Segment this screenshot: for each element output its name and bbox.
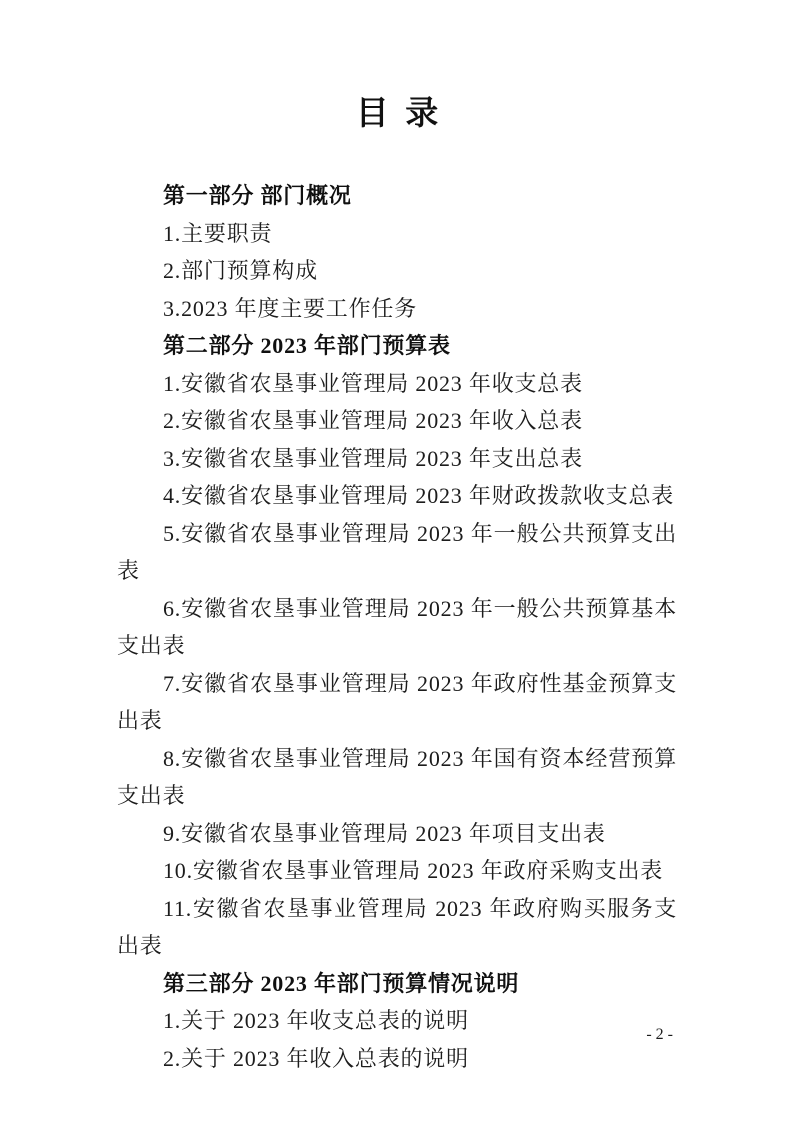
toc-entry: 4.安徽省农垦事业管理局 2023 年财政拨款收支总表 <box>117 477 677 515</box>
toc-entry: 3.2023 年度主要工作任务 <box>117 290 677 328</box>
toc-section-heading: 第二部分 2023 年部门预算表 <box>117 327 677 365</box>
toc-entry: 3.安徽省农垦事业管理局 2023 年支出总表 <box>117 440 677 478</box>
toc-entry: 1.关于 2023 年收支总表的说明 <box>117 1002 677 1040</box>
toc-entry: 11.安徽省农垦事业管理局 2023 年政府购买服务支出表 <box>117 890 677 965</box>
toc-entry: 6.安徽省农垦事业管理局 2023 年一般公共预算基本支出表 <box>117 590 677 665</box>
toc-entry: 5.安徽省农垦事业管理局 2023 年一般公共预算支出表 <box>117 515 677 590</box>
toc-entry: 8.安徽省农垦事业管理局 2023 年国有资本经营预算支出表 <box>117 740 677 815</box>
document-page: 目 录 第一部分 部门概况 1.主要职责 2.部门预算构成 3.2023 年度主… <box>0 0 794 1123</box>
page-number: - 2 - <box>646 1026 673 1044</box>
toc-content: 目 录 第一部分 部门概况 1.主要职责 2.部门预算构成 3.2023 年度主… <box>117 92 677 1077</box>
toc-entry: 9.安徽省农垦事业管理局 2023 年项目支出表 <box>117 815 677 853</box>
toc-list: 第一部分 部门概况 1.主要职责 2.部门预算构成 3.2023 年度主要工作任… <box>117 177 677 1077</box>
toc-entry: 2.安徽省农垦事业管理局 2023 年收入总表 <box>117 402 677 440</box>
toc-entry: 2.部门预算构成 <box>117 252 677 290</box>
toc-entry: 2.关于 2023 年收入总表的说明 <box>117 1040 677 1078</box>
toc-entry: 1.主要职责 <box>117 215 677 253</box>
page-title: 目 录 <box>117 92 677 136</box>
toc-entry: 7.安徽省农垦事业管理局 2023 年政府性基金预算支出表 <box>117 665 677 740</box>
toc-section-heading: 第一部分 部门概况 <box>117 177 677 215</box>
toc-section-heading: 第三部分 2023 年部门预算情况说明 <box>117 965 677 1003</box>
toc-entry: 10.安徽省农垦事业管理局 2023 年政府采购支出表 <box>117 852 677 890</box>
toc-entry: 1.安徽省农垦事业管理局 2023 年收支总表 <box>117 365 677 403</box>
